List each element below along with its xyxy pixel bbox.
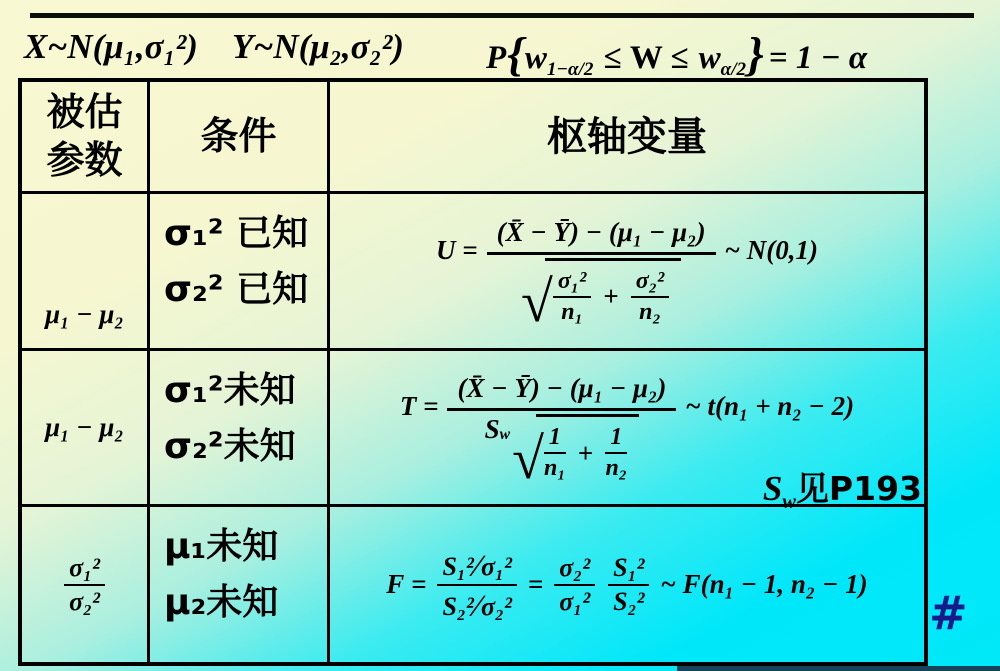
fraction-denominator: Sw 1 n₁ + 1 n₂ bbox=[485, 411, 640, 482]
math-lhs: U = bbox=[436, 235, 478, 266]
f-ratio-fraction: S₁²∕σ₁² S₂²∕σ₂² bbox=[437, 547, 516, 623]
plus-operator: + bbox=[576, 438, 595, 469]
sigma-ratio-fraction: σ₂² σ₁² bbox=[554, 553, 595, 617]
condition-line: μ₂未知 bbox=[164, 575, 278, 631]
pooled-sd-symbol: Sw bbox=[485, 414, 510, 445]
fraction-numerator: (X̄ − Ȳ) − (μ₁ − μ₂) bbox=[447, 373, 676, 411]
top-rule bbox=[30, 13, 974, 18]
math-token: w bbox=[699, 40, 721, 76]
term-fraction: σ₂² n₂ bbox=[631, 268, 670, 326]
pivot-cell-row2-t-formula: T = (X̄ − Ȳ) − (μ₁ − μ₂) Sw 1 n₁ bbox=[330, 351, 924, 507]
plus-operator: + bbox=[601, 281, 620, 312]
header-label-line1: 被估 bbox=[46, 89, 122, 137]
bottom-strip bbox=[677, 666, 1000, 671]
slide-number-hash[interactable]: # bbox=[929, 586, 968, 640]
equals-sign: = bbox=[528, 569, 543, 600]
pivot-table: 被估 参数 条件 枢轴变量 μ₁ − μ₂ σ₁² 已知 σ₂² 已知 U = … bbox=[18, 78, 928, 666]
param-cell-row1: μ₁ − μ₂ bbox=[22, 194, 150, 351]
math-lhs: T = bbox=[400, 391, 439, 422]
distribution-tail: ~ F(n₁ − 1, n₂ − 1) bbox=[660, 569, 867, 600]
s-ratio-fraction: S₁² S₂² bbox=[608, 553, 649, 617]
pivot-cell-row1-u-formula: U = (X̄ − Ȳ) − (μ₁ − μ₂) σ₁² n₁ + bbox=[330, 194, 924, 351]
slide: X~N(μ₁,σ₁²) Y~N(μ₂,σ₂²) P{w1−α/2≤ W ≤wα/… bbox=[0, 0, 1000, 671]
math-token: w bbox=[525, 40, 547, 76]
pivot-cell-row3-f-formula: F = S₁²∕σ₁² S₂²∕σ₂² = σ₂² σ₁² S₁² S₂² ~ … bbox=[330, 507, 924, 662]
math-token: = 1 − α bbox=[765, 40, 867, 76]
math-token: ≤ W ≤ bbox=[593, 40, 698, 76]
condition-cell-row2: σ₁²未知 σ₂²未知 bbox=[150, 351, 330, 507]
param-cell-row2: μ₁ − μ₂ bbox=[22, 351, 150, 507]
prob-statement-formula: P{w1−α/2≤ W ≤wα/2}= 1 − α bbox=[486, 25, 867, 80]
header-cell-estimated-parameter: 被估 参数 bbox=[22, 82, 150, 194]
condition-cell-row3: μ₁未知 μ₂未知 bbox=[150, 507, 330, 662]
condition-line: σ₂²未知 bbox=[164, 419, 296, 475]
header-cell-pivotal-variable: 枢轴变量 bbox=[330, 82, 924, 194]
left-brace: { bbox=[506, 28, 525, 81]
condition-cell-row1: σ₁² 已知 σ₂² 已知 bbox=[150, 194, 330, 351]
distribution-tail: ~ N(0,1) bbox=[725, 235, 818, 266]
square-root: 1 n₁ + 1 n₂ bbox=[512, 414, 639, 482]
dist-x-formula: X~N(μ₁,σ₁²) bbox=[24, 27, 198, 67]
u-main-fraction: (X̄ − Ȳ) − (μ₁ − μ₂) σ₁² n₁ + bbox=[487, 217, 716, 326]
math-token: P bbox=[486, 40, 506, 76]
condition-line: μ₁未知 bbox=[164, 519, 278, 575]
param-cell-row3: σ₁² σ₂² bbox=[22, 507, 150, 662]
condition-line: σ₁² 已知 bbox=[164, 206, 308, 262]
dist-y-formula: Y~N(μ₂,σ₂²) bbox=[232, 27, 404, 67]
condition-line: σ₁²未知 bbox=[164, 363, 296, 419]
variance-ratio-fraction: σ₁² σ₂² bbox=[64, 553, 105, 617]
term-fraction: 1 n₂ bbox=[605, 424, 627, 482]
right-brace: } bbox=[746, 28, 765, 81]
math-lhs: F = bbox=[386, 569, 426, 600]
condition-line: σ₂² 已知 bbox=[164, 262, 308, 318]
t-main-fraction: (X̄ − Ȳ) − (μ₁ − μ₂) Sw 1 n₁ + bbox=[447, 373, 676, 482]
distribution-tail: ~ t(n₁ + n₂ − 2) bbox=[685, 391, 854, 422]
fraction-numerator: (X̄ − Ȳ) − (μ₁ − μ₂) bbox=[487, 217, 716, 255]
term-fraction: 1 n₁ bbox=[544, 424, 566, 482]
sw-reference-note: Sw见P193 bbox=[763, 463, 922, 510]
fraction-denominator: σ₁² n₁ + σ₂² n₂ bbox=[521, 255, 681, 326]
header-cell-condition: 条件 bbox=[150, 82, 330, 194]
term-fraction: σ₁² n₁ bbox=[553, 268, 592, 326]
square-root: σ₁² n₁ + σ₂² n₂ bbox=[521, 258, 681, 326]
header-label-line2: 参数 bbox=[46, 137, 122, 185]
